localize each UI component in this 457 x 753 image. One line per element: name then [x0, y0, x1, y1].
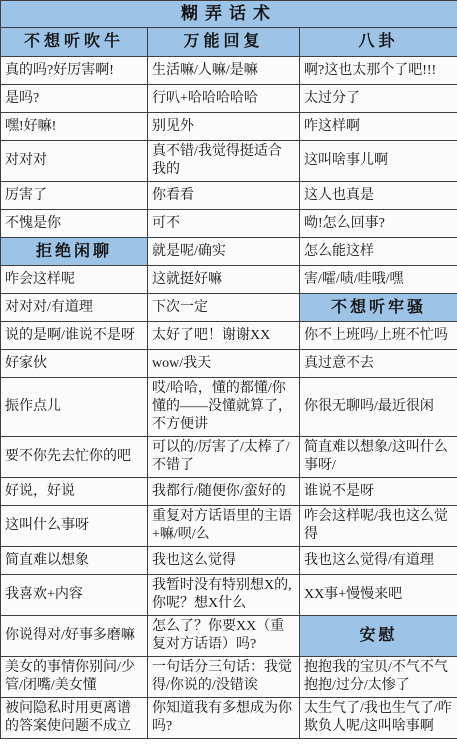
table-row: 厉害了你看看这人也真是	[1, 182, 457, 210]
table-cell: 害/嚯/啧/哇哦/嘿	[300, 266, 457, 294]
table-cell: 振作点儿	[1, 378, 148, 437]
table-cell: 抱抱我的宝贝/不气不气抱抱/过分/太惨了	[300, 657, 457, 698]
table-row: 咋会这样呢这就挺好嘛害/嚯/啧/哇哦/嘿	[1, 266, 457, 294]
table-row: 不愧是你可不呦!怎么回事?	[1, 210, 457, 238]
phrase-cheatsheet-table: 糊弄话术 不想听吹牛 万能回复 八卦 真的吗?好厉害啊!生活嘛/人嘛/是嘛啊?这…	[0, 0, 457, 739]
table-cell: 要不你先去忙你的吧	[1, 437, 148, 478]
table-cell: 被问隐私时用更离谱的答案使问题不成立	[1, 698, 148, 739]
section-header-cell: 安慰	[300, 616, 457, 657]
table-cell: 啊?这也太那个了吧!!!	[300, 57, 457, 85]
table-cell: 你知道我有多想成为你吗?	[148, 698, 300, 739]
table-cell: 你不上班吗/上班不忙吗	[300, 322, 457, 350]
table-row: 简直难以想象我也这么觉得我也这么觉得/有道理	[1, 547, 457, 575]
table-cell: 真不错/我觉得挺适合我的	[148, 141, 300, 182]
table-cell: 你看看	[148, 182, 300, 210]
section-header-cell: 不想听牢骚	[300, 294, 457, 322]
table-cell: 怎么了？你要XX（重复对方话语）吗?	[148, 616, 300, 657]
table-cell: 重复对方话语里的主语+嘛/呗/么	[148, 506, 300, 547]
table-cell: 咋这样啊	[300, 113, 457, 141]
table-cell: 就是呢/确实	[148, 238, 300, 266]
table-cell: 谁说不是呀	[300, 478, 457, 506]
table-cell: 这叫啥事儿啊	[300, 141, 457, 182]
table-cell: 好家伙	[1, 350, 148, 378]
table-cell: 真过意不去	[300, 350, 457, 378]
table-cell: 可以的/厉害了/太棒了/不错了	[148, 437, 300, 478]
table-row: 说的是啊/谁说不是呀太好了吧！谢谢XX你不上班吗/上班不忙吗	[1, 322, 457, 350]
table-cell: 咋会这样呢	[1, 266, 148, 294]
table-cell: 咋会这样呢/我也这么觉得	[300, 506, 457, 547]
table-row: 美女的事情你别问/少管/闭嘴/美女懂一句话分三句话：我觉得/你说的/没错诶抱抱我…	[1, 657, 457, 698]
table-cell: 太好了吧！谢谢XX	[148, 322, 300, 350]
table-row: 是吗?行叭+哈哈哈哈哈太过分了	[1, 85, 457, 113]
table-cell: 美女的事情你别问/少管/闭嘴/美女懂	[1, 657, 148, 698]
table-cell: 可不	[148, 210, 300, 238]
column-header-row: 不想听吹牛 万能回复 八卦	[1, 28, 457, 57]
table-cell: 我也这么觉得	[148, 547, 300, 575]
table-row: 这叫什么事呀重复对方话语里的主语+嘛/呗/么咋会这样呢/我也这么觉得	[1, 506, 457, 547]
table-cell: 一句话分三句话：我觉得/你说的/没错诶	[148, 657, 300, 698]
table-cell: 呦!怎么回事?	[300, 210, 457, 238]
table-cell: XX事+慢慢来吧	[300, 575, 457, 616]
table-cell: 我暂时没有特别想X的,你呢？想X什么	[148, 575, 300, 616]
table-cell: 太过分了	[300, 85, 457, 113]
table-cell: 别见外	[148, 113, 300, 141]
table-cell: 对对对/有道理	[1, 294, 148, 322]
table-cell: 我也这么觉得/有道理	[300, 547, 457, 575]
table-cell: 这就挺好嘛	[148, 266, 300, 294]
table-row: 真的吗?好厉害啊!生活嘛/人嘛/是嘛啊?这也太那个了吧!!!	[1, 57, 457, 85]
table-cell: 怎么能这样	[300, 238, 457, 266]
column-header-no-bragging: 不想听吹牛	[1, 28, 148, 57]
section-header-cell: 拒绝闲聊	[1, 238, 148, 266]
table-cell: 不愧是你	[1, 210, 148, 238]
table-cell: 太生气了/我也生气了/咋欺负人呢/这叫啥事啊	[300, 698, 457, 739]
table-cell: 你说得对/好事多磨嘛	[1, 616, 148, 657]
table-head: 糊弄话术 不想听吹牛 万能回复 八卦	[1, 1, 457, 57]
table-cell: 好说，好说	[1, 478, 148, 506]
column-header-gossip: 八卦	[300, 28, 457, 57]
table-row: 我喜欢+内容我暂时没有特别想X的,你呢？想X什么XX事+慢慢来吧	[1, 575, 457, 616]
table-cell: 说的是啊/谁说不是呀	[1, 322, 148, 350]
table-cell: wow/我天	[148, 350, 300, 378]
table-cell: 简直难以想象/这叫什么事呀/	[300, 437, 457, 478]
table-cell: 真的吗?好厉害啊!	[1, 57, 148, 85]
table-row: 好说，好说我都行/随便你/蛮好的谁说不是呀	[1, 478, 457, 506]
table-cell: 行叭+哈哈哈哈哈	[148, 85, 300, 113]
title-row: 糊弄话术	[1, 1, 457, 28]
table-row: 好家伙wow/我天真过意不去	[1, 350, 457, 378]
table-row: 被问隐私时用更离谱的答案使问题不成立你知道我有多想成为你吗?太生气了/我也生气了…	[1, 698, 457, 739]
table-row: 嘿!好嘛!别见外咋这样啊	[1, 113, 457, 141]
table-row: 你说得对/好事多磨嘛怎么了？你要XX（重复对方话语）吗?安慰	[1, 616, 457, 657]
table-cell: 是吗?	[1, 85, 148, 113]
table-body: 真的吗?好厉害啊!生活嘛/人嘛/是嘛啊?这也太那个了吧!!!是吗?行叭+哈哈哈哈…	[1, 57, 457, 739]
table-row: 对对对真不错/我觉得挺适合我的这叫啥事儿啊	[1, 141, 457, 182]
table-cell: 下次一定	[148, 294, 300, 322]
table-cell: 哎/哈哈，懂的都懂/你懂的——没懂就算了，不方便讲	[148, 378, 300, 437]
table-cell: 厉害了	[1, 182, 148, 210]
table-cell: 对对对	[1, 141, 148, 182]
table-cell: 简直难以想象	[1, 547, 148, 575]
table-row: 对对对/有道理下次一定不想听牢骚	[1, 294, 457, 322]
table-cell: 你很无聊吗/最近很闲	[300, 378, 457, 437]
table-title: 糊弄话术	[1, 1, 457, 28]
table-cell: 我喜欢+内容	[1, 575, 148, 616]
column-header-universal-replies: 万能回复	[148, 28, 300, 57]
table-cell: 这叫什么事呀	[1, 506, 148, 547]
table-cell: 这人也真是	[300, 182, 457, 210]
table-row: 振作点儿哎/哈哈，懂的都懂/你懂的——没懂就算了，不方便讲你很无聊吗/最近很闲	[1, 378, 457, 437]
table-cell: 生活嘛/人嘛/是嘛	[148, 57, 300, 85]
table-cell: 嘿!好嘛!	[1, 113, 148, 141]
table-row: 要不你先去忙你的吧可以的/厉害了/太棒了/不错了简直难以想象/这叫什么事呀/	[1, 437, 457, 478]
table-row: 拒绝闲聊就是呢/确实怎么能这样	[1, 238, 457, 266]
table-cell: 我都行/随便你/蛮好的	[148, 478, 300, 506]
